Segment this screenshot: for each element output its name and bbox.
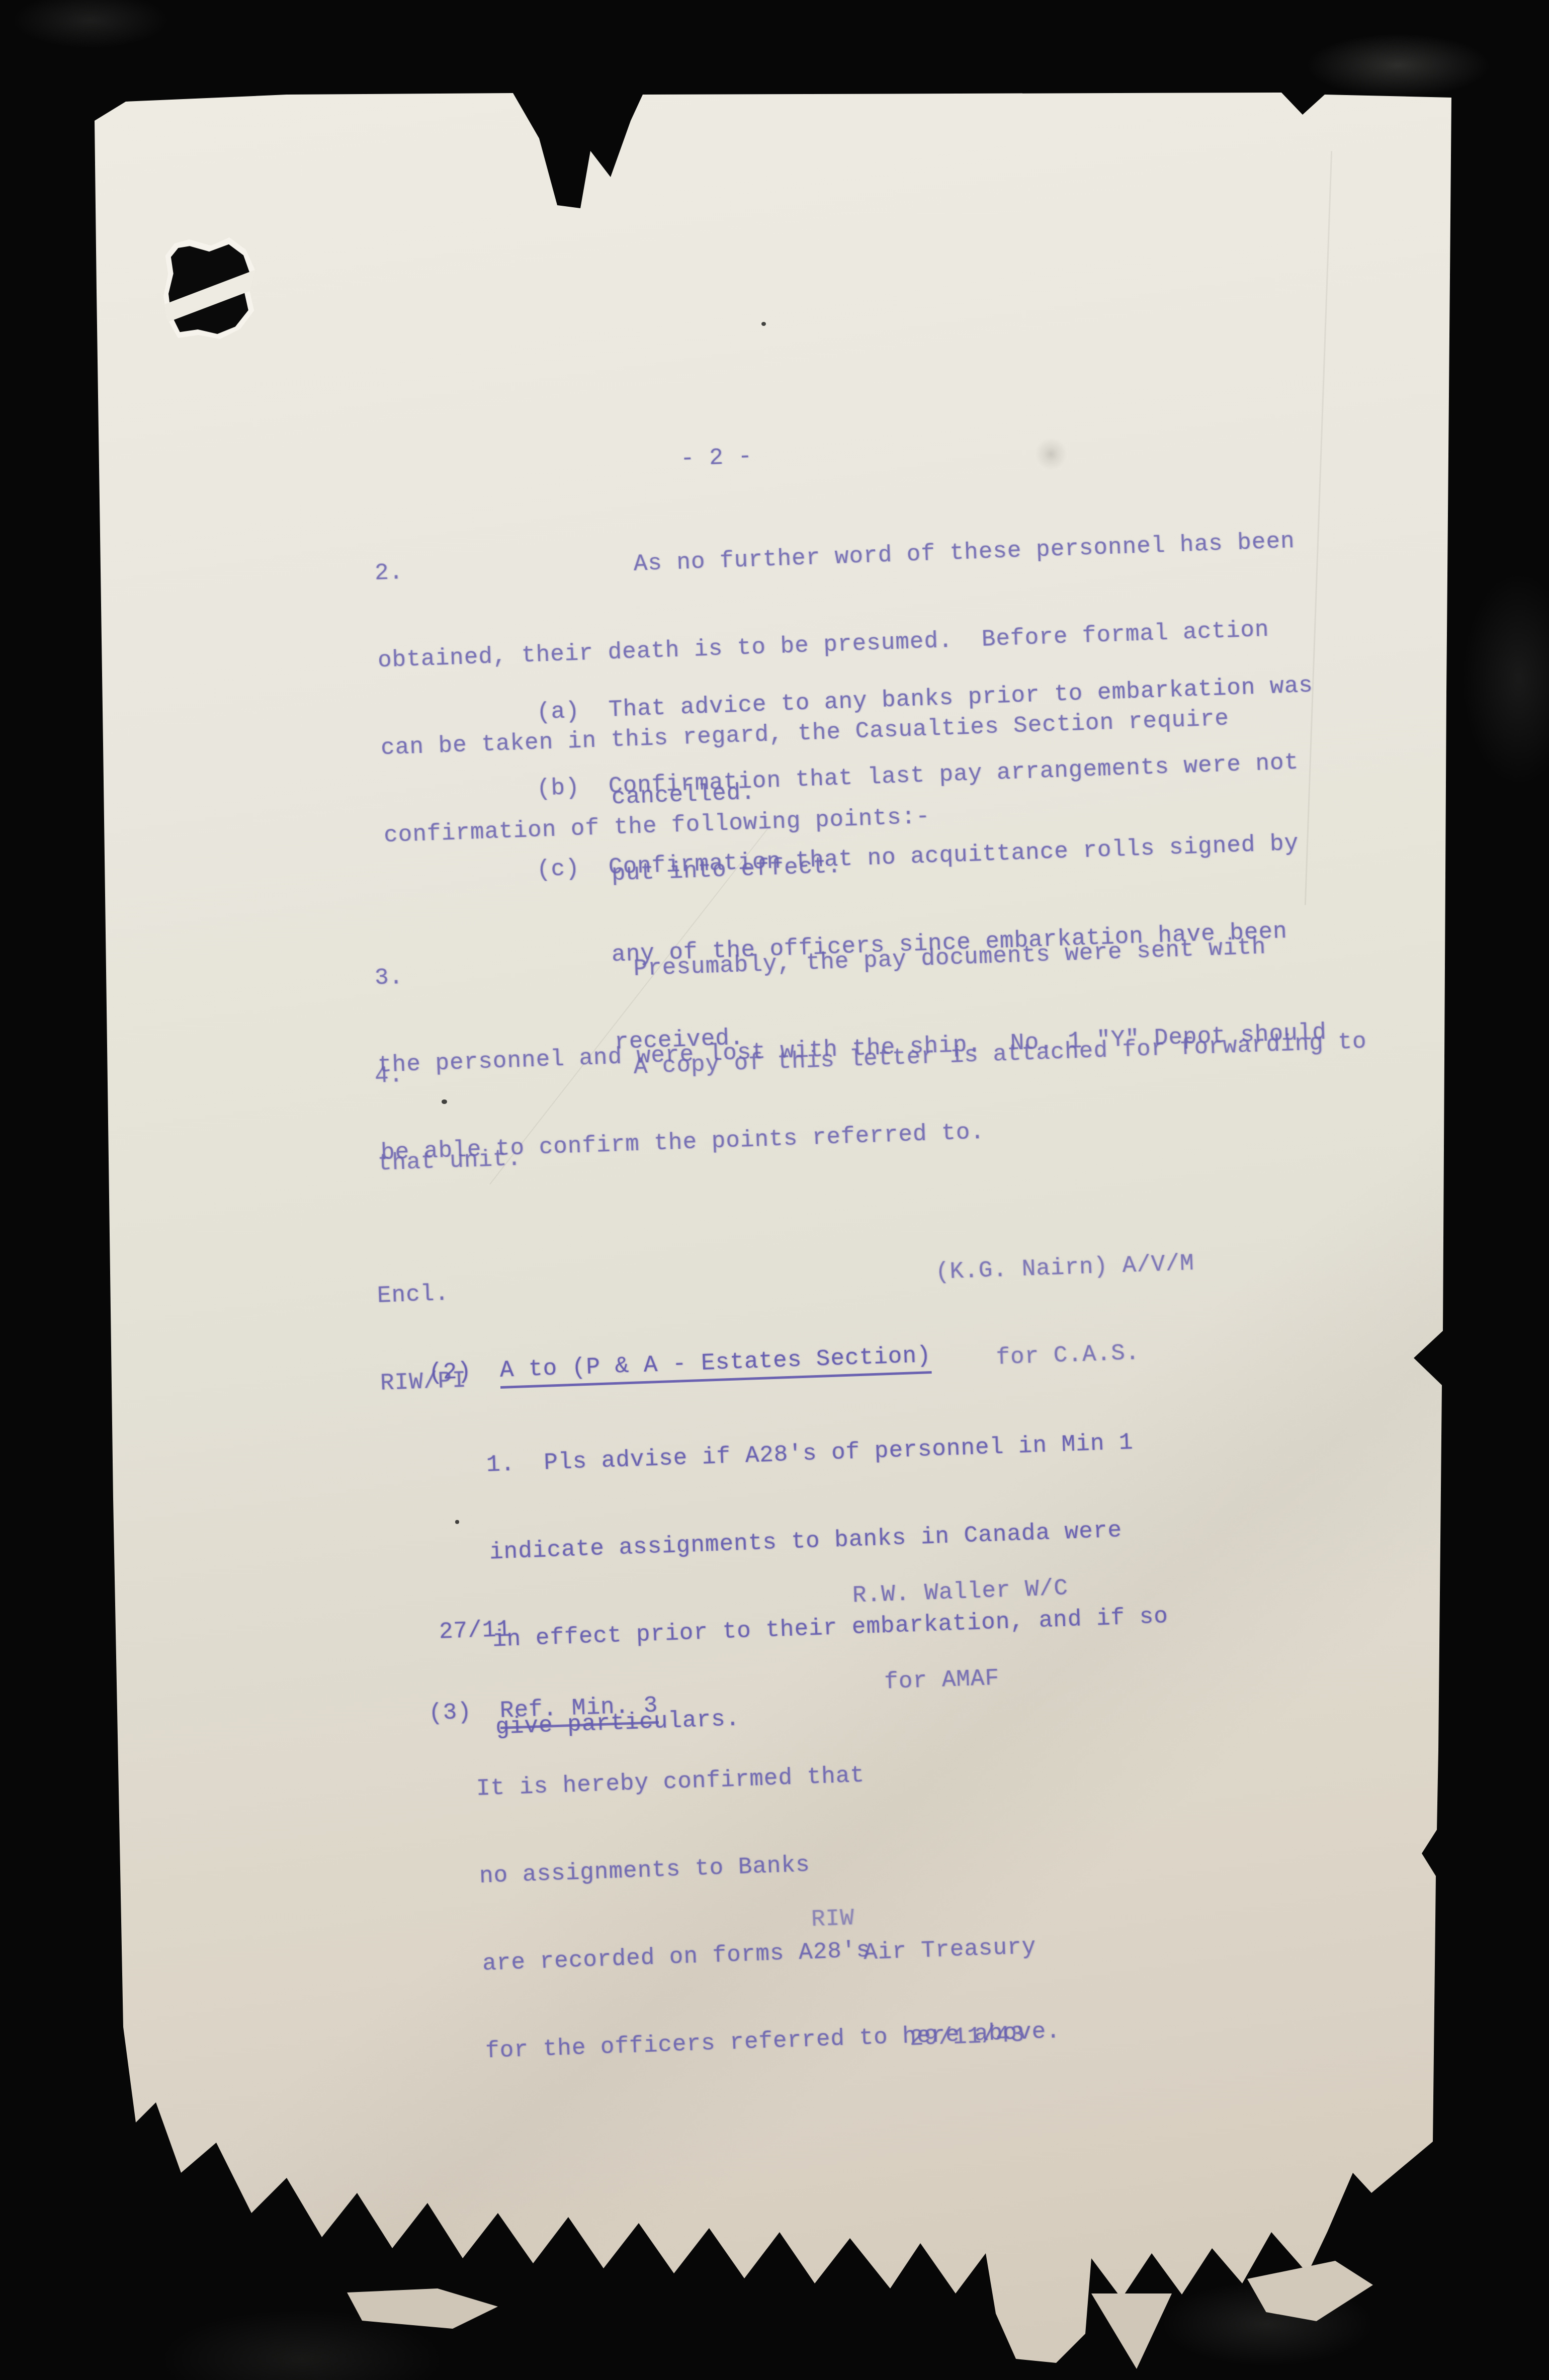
minute-2-date-value: 27/11	[439, 1615, 511, 1647]
point-c-line: (c) Confirmation that no acquittance rol…	[536, 829, 1299, 885]
torn-paper-fragment	[1081, 2293, 1182, 2369]
minute-3-office-block: Air Treasury 29/11/43	[861, 1874, 1041, 2084]
scanned-document-page: { "page": { "number_label": "- 2 -" }, "…	[0, 0, 1549, 2380]
punched-hole	[163, 237, 255, 339]
minute-3-office-name: Air Treasury	[863, 1932, 1037, 1968]
ink-speck	[761, 322, 766, 326]
minute-2-number: (2)	[428, 1358, 472, 1386]
paragraph-4-line: 4. A copy of this letter is attached for…	[374, 1027, 1367, 1091]
minute-3-initials-value: RIW	[811, 1904, 855, 1934]
paragraph-4-line: that unit.	[377, 1115, 1370, 1178]
minute-3-initials: RIW	[809, 1845, 856, 1964]
minute-3-line: It is hereby confirmed that	[476, 1754, 1052, 1804]
minute-3-number: (3)	[428, 1699, 472, 1727]
minute-2-date: 27/11	[437, 1557, 512, 1676]
minute-2-signatory-role: for AMAF	[855, 1661, 1072, 1698]
signatory-name: (K.G. Nairn) A/V/M	[935, 1249, 1195, 1287]
page-number: - 2 -	[678, 384, 754, 503]
torn-paper-fragment	[347, 2288, 498, 2329]
page-number-label: - 2 -	[680, 442, 753, 474]
minute-2-signatory: R.W. Waller W/C	[852, 1574, 1069, 1610]
torn-paper-fragment	[1247, 2261, 1373, 2321]
minute-2-signature-block: R.W. Waller W/C for AMAF	[850, 1515, 1073, 1727]
ink-speck	[455, 1520, 459, 1524]
minute-2-line: 1. Pls advise if A28's of personnel in M…	[486, 1427, 1163, 1480]
enclosure-label: Encl.	[377, 1279, 464, 1311]
paragraph-2-line: 2. As no further word of these personnel…	[374, 527, 1296, 588]
enclosure-reference: Encl. RIW/PI	[375, 1220, 468, 1427]
minute-3-office-date: 29/11/43	[866, 2020, 1040, 2055]
paragraph-4: 4. A copy of this letter is attached for…	[372, 969, 1371, 1208]
